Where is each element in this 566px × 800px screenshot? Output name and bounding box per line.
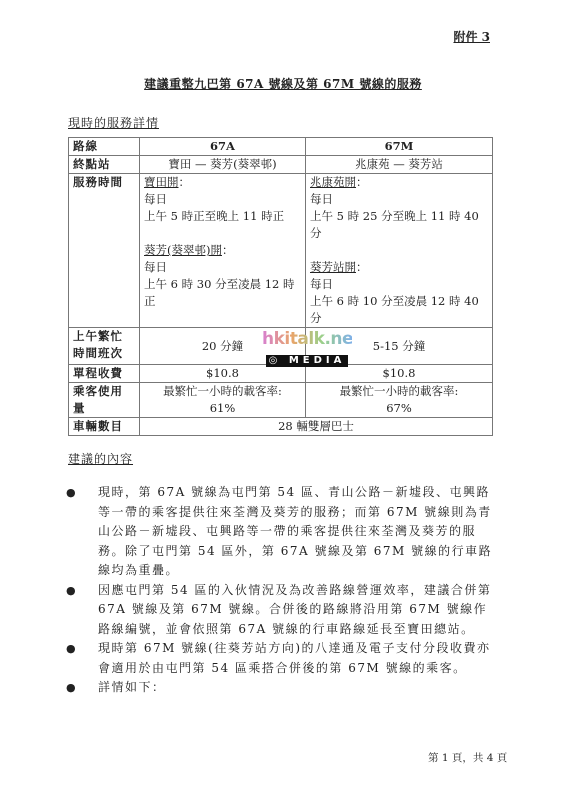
cell-67m: 67M	[306, 138, 493, 156]
table-row-usage: 乘客使用量 最繁忙一小時的載客率: 61% 最繁忙一小時的載客率: 67%	[69, 383, 493, 418]
list-item: ●現時，第 67A 號線為屯門第 54 區、青山公路－新墟段、屯興路等一帶的乘客…	[68, 483, 498, 581]
section-heading-proposal: 建議的內容	[68, 450, 133, 467]
list-item: ●因應屯門第 54 區的入伙情況及為改善路線營運效率，建議合併第 67A 號線及…	[68, 581, 498, 640]
bullet-icon: ●	[66, 483, 77, 503]
bullet-icon: ●	[66, 639, 77, 659]
section-heading-current-service: 現時的服務詳情	[68, 114, 159, 131]
bullet-icon: ●	[66, 678, 77, 698]
cell-67a-fare: $10.8	[140, 365, 306, 383]
row-label: 車輛數目	[69, 418, 140, 436]
colon: ：	[356, 175, 368, 189]
usage-label: 最繁忙一小時的載客率:	[310, 383, 488, 400]
departure-label: 寶田開	[144, 175, 179, 189]
cell-67a-terminus: 寶田 — 葵芳(葵翠邨)	[140, 156, 306, 174]
annex-label: 附件 3	[453, 28, 490, 45]
row-label: 路線	[69, 138, 140, 156]
days-text: 每日	[144, 191, 301, 208]
usage-value: 61%	[144, 400, 301, 417]
departure-label: 兆康苑開	[310, 175, 356, 189]
cell-67a: 67A	[140, 138, 306, 156]
table-row-route: 路線 67A 67M	[69, 138, 493, 156]
colon: ：	[179, 175, 191, 189]
colon: ：	[222, 243, 234, 257]
proposal-list: ●現時，第 67A 號線為屯門第 54 區、青山公路－新墟段、屯興路等一帶的乘客…	[68, 483, 498, 698]
cell-67m-terminus: 兆康苑 — 葵芳站	[306, 156, 493, 174]
cell-67a-usage: 最繁忙一小時的載客率: 61%	[140, 383, 306, 418]
row-label: 服務時間	[69, 174, 140, 328]
list-item-text: 現時第 67M 號線(往葵芳站方向)的八達通及電子支付分段收費亦會適用於由屯門第…	[98, 641, 491, 675]
time-text: 上午 6 時 30 分至凌晨 12 時正	[144, 276, 301, 310]
departure-label: 葵芳(葵翠邨)開	[144, 243, 222, 257]
list-item-text: 因應屯門第 54 區的入伙情況及為改善路線營運效率，建議合併第 67A 號線及第…	[98, 583, 491, 636]
watermark-media-badge: ◎ MEDIA	[266, 355, 349, 367]
usage-label: 最繁忙一小時的載客率:	[144, 383, 301, 400]
page-number: 第 1 頁，共 4 頁	[428, 750, 507, 765]
cell-67m-usage: 最繁忙一小時的載客率: 67%	[306, 383, 493, 418]
table-row-fare: 單程收費 $10.8 $10.8	[69, 365, 493, 383]
row-label: 上午繁忙時間班次	[69, 328, 140, 365]
list-item-text: 現時，第 67A 號線為屯門第 54 區、青山公路－新墟段、屯興路等一帶的乘客提…	[98, 485, 492, 577]
bullet-icon: ●	[66, 581, 77, 601]
cell-67m-fare: $10.8	[306, 365, 493, 383]
time-text: 上午 6 時 10 分至凌晨 12 時 40 分	[310, 293, 488, 327]
list-item-text: 詳情如下：	[98, 680, 166, 694]
watermark-logo-text: hkitalk.net	[262, 331, 352, 348]
row-label: 乘客使用量	[69, 383, 140, 418]
service-table: 路線 67A 67M 終點站 寶田 — 葵芳(葵翠邨) 兆康苑 — 葵芳站 服務…	[68, 137, 493, 436]
table-row-fleet: 車輛數目 28 輛雙層巴士	[69, 418, 493, 436]
days-text: 每日	[144, 259, 301, 276]
colon: ：	[356, 260, 368, 274]
cell-67a-hours: 寶田開： 每日 上午 5 時正至晚上 11 時正 葵芳(葵翠邨)開： 每日 上午…	[140, 174, 306, 328]
list-item: ●詳情如下：	[68, 678, 498, 698]
days-text: 每日	[310, 276, 488, 293]
time-text: 上午 5 時正至晚上 11 時正	[144, 208, 301, 225]
usage-value: 67%	[310, 400, 488, 417]
watermark: hkitalk.net ◎ MEDIA	[262, 331, 352, 367]
table-row-terminus: 終點站 寶田 — 葵芳(葵翠邨) 兆康苑 — 葵芳站	[69, 156, 493, 174]
table-row-hours: 服務時間 寶田開： 每日 上午 5 時正至晚上 11 時正 葵芳(葵翠邨)開： …	[69, 174, 493, 328]
departure-label: 葵芳站開	[310, 260, 356, 274]
cell-67m-hours: 兆康苑開： 每日 上午 5 時 25 分至晚上 11 時 40 分 葵芳站開： …	[306, 174, 493, 328]
row-label: 終點站	[69, 156, 140, 174]
list-item: ●現時第 67M 號線(往葵芳站方向)的八達通及電子支付分段收費亦會適用於由屯門…	[68, 639, 498, 678]
document-title: 建議重整九巴第 67A 號線及第 67M 號線的服務	[0, 75, 566, 92]
time-text: 上午 5 時 25 分至晚上 11 時 40 分	[310, 208, 488, 242]
days-text: 每日	[310, 191, 488, 208]
row-label: 單程收費	[69, 365, 140, 383]
cell-fleet: 28 輛雙層巴士	[140, 418, 493, 436]
